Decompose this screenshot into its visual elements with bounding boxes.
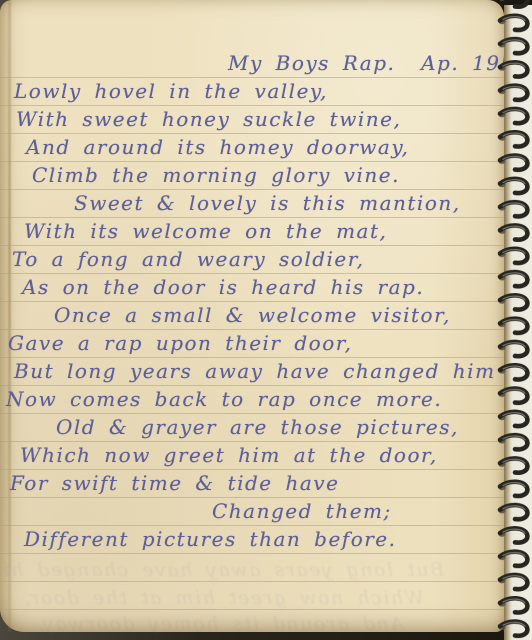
poem-line: Once a small & welcome visitor, bbox=[0, 301, 488, 329]
poem-line: Sweet & lovely is this mantion, bbox=[0, 189, 488, 217]
poem-line: And around its homey doorway, bbox=[0, 133, 488, 161]
poem-line: For swift time & tide have bbox=[0, 469, 488, 497]
poem-line: Which now greet him at the door, bbox=[0, 441, 488, 469]
notebook-photo: My Boys Rap. Ap. 1953 Lowly hovel in the… bbox=[0, 0, 532, 640]
ink-bleedthrough: And around its homey doorway, bbox=[60, 610, 404, 638]
spiral-binding bbox=[494, 0, 532, 640]
notebook-page: My Boys Rap. Ap. 1953 Lowly hovel in the… bbox=[0, 0, 504, 632]
ink-bleedthrough: But long years away have changed him bbox=[40, 556, 444, 584]
poem-line: Gave a rap upon their door, bbox=[0, 329, 488, 357]
ink-bleedthrough: Which now greet him at the door, bbox=[80, 584, 424, 612]
poem-line: Climb the morning glory vine. bbox=[0, 161, 488, 189]
poem-line: With its welcome on the mat, bbox=[0, 217, 488, 245]
poem-line: With sweet honey suckle twine, bbox=[0, 105, 488, 133]
page-title: My Boys Rap. Ap. 1953 bbox=[0, 49, 488, 77]
poem-line: Changed them; bbox=[0, 497, 488, 525]
spiral-coil-pattern bbox=[494, 0, 532, 640]
poem-line: As on the door is heard his rap. bbox=[0, 273, 488, 301]
handwritten-poem: My Boys Rap. Ap. 1953 Lowly hovel in the… bbox=[0, 49, 488, 553]
poem-line: Now comes back to rap once more. bbox=[0, 385, 488, 413]
poem-line: Different pictures than before. bbox=[0, 525, 488, 553]
poem-line: But long years away have changed him bbox=[0, 357, 488, 385]
poem-line: To a fong and weary soldier, bbox=[0, 245, 488, 273]
poem-line: Lowly hovel in the valley, bbox=[0, 77, 488, 105]
poem-line: Old & grayer are those pictures, bbox=[0, 413, 488, 441]
